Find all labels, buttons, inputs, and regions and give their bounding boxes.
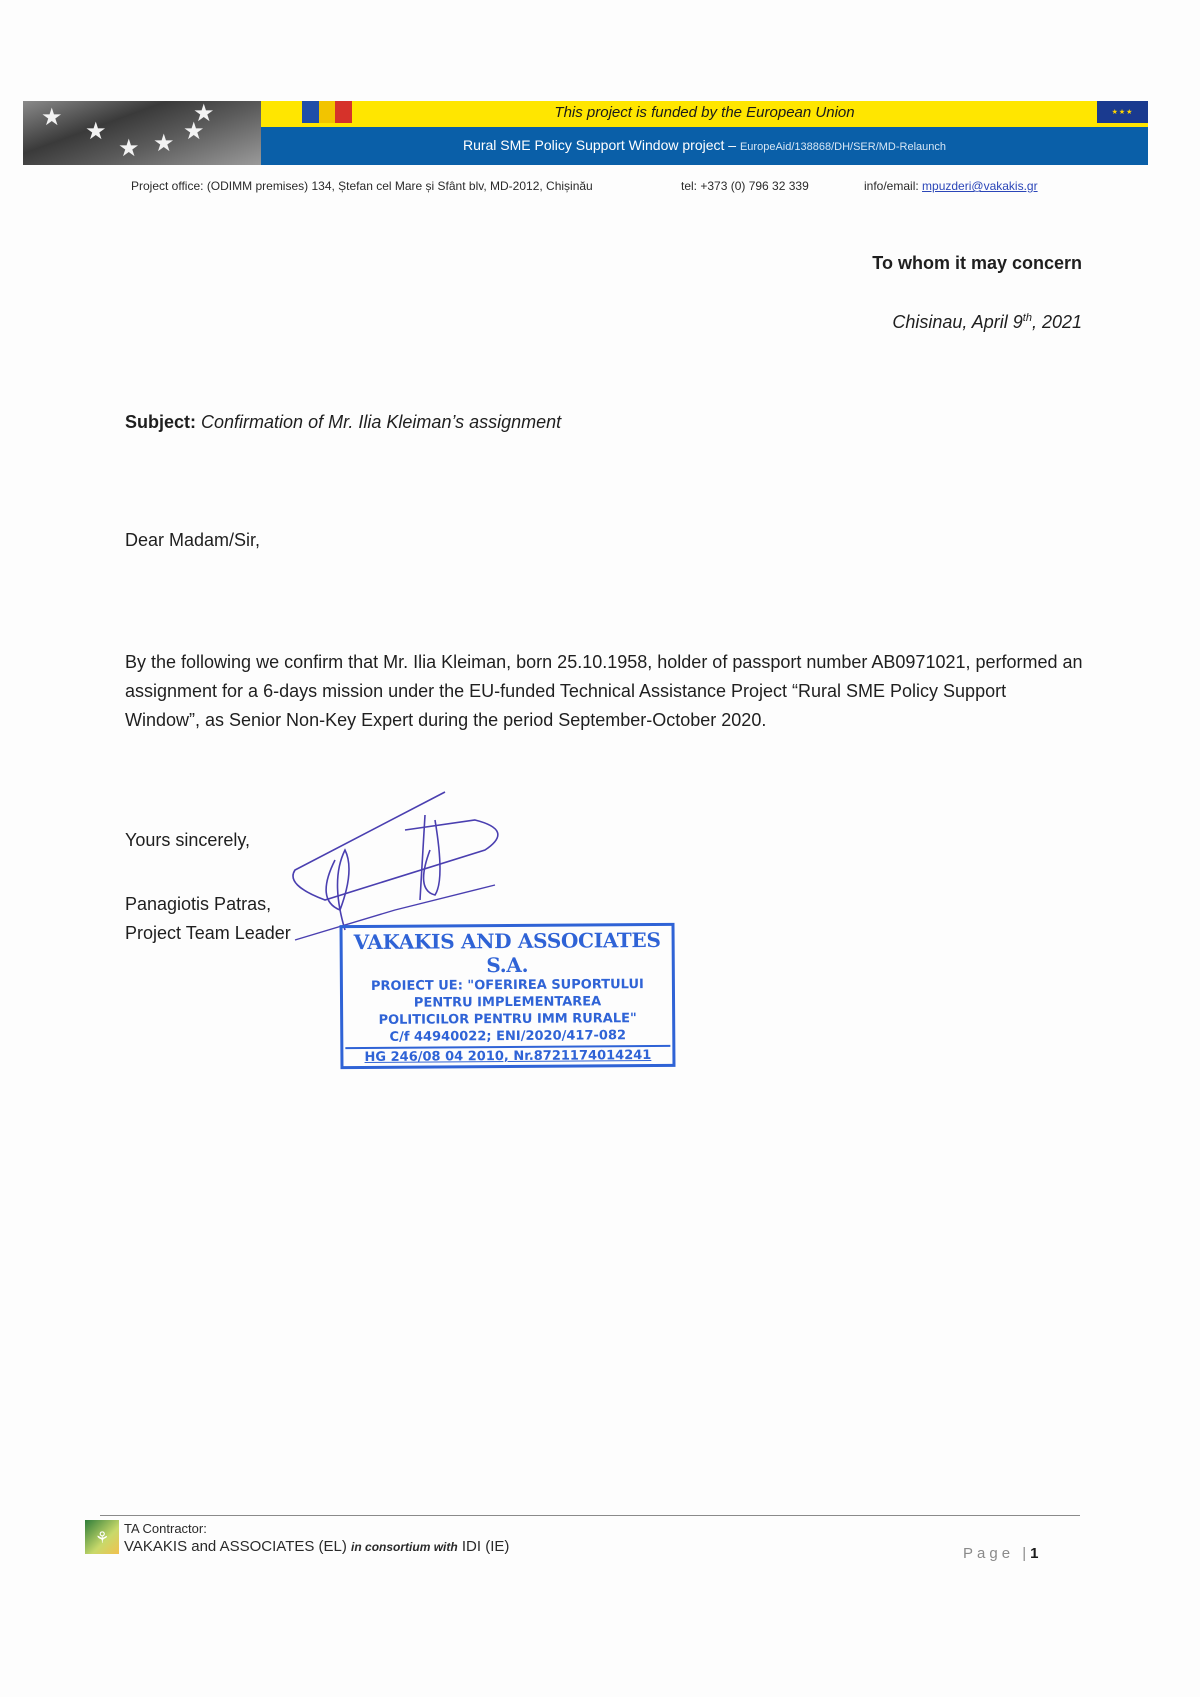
footer-contractor-label: TA Contractor: <box>124 1521 207 1536</box>
recipient: To whom it may concern <box>872 253 1082 274</box>
letter-date: Chisinau, April 9th, 2021 <box>892 312 1082 333</box>
eu-flag-photo: ★ ★ ★ ★ ★ ★ <box>23 101 261 165</box>
project-title: Rural SME Policy Support Window project <box>463 137 724 153</box>
subject-text: Confirmation of Mr. Ilia Kleiman’s assig… <box>201 412 561 432</box>
footer-divider <box>100 1515 1080 1516</box>
project-title-line: Rural SME Policy Support Window project … <box>261 137 1148 153</box>
subject-label: Subject: <box>125 412 196 432</box>
page-number: Page |1 <box>963 1545 1038 1562</box>
star-icon: ★ <box>153 131 175 155</box>
signer-name: Panagiotis Patras, <box>125 890 291 919</box>
project-reference: EuropeAid/138868/DH/SER/MD-Relaunch <box>740 141 946 153</box>
signer-title: Project Team Leader <box>125 919 291 948</box>
star-icon: ★ <box>193 101 215 125</box>
project-office-address: Project office: (ODIMM premises) 134, Șt… <box>131 179 593 193</box>
project-email-line: info/email: mpuzderi@vakakis.gr <box>864 179 1038 193</box>
letter-body: By the following we confirm that Mr. Ili… <box>125 648 1085 735</box>
star-icon: ★ <box>41 105 63 129</box>
project-phone: tel: +373 (0) 796 32 339 <box>681 179 809 193</box>
funded-by-eu-text: This project is funded by the European U… <box>261 104 1148 121</box>
signer-block: Panagiotis Patras, Project Team Leader <box>125 890 291 948</box>
wheat-logo-icon: ⚘ <box>85 1520 119 1554</box>
email-link[interactable]: mpuzderi@vakakis.gr <box>922 179 1038 193</box>
stamp-title: VAKAKIS AND ASSOCIATES S.A. <box>345 928 670 978</box>
closing: Yours sincerely, <box>125 830 250 851</box>
star-icon: ★ <box>85 119 107 143</box>
subject-line: Subject: Confirmation of Mr. Ilia Kleima… <box>125 412 561 433</box>
footer-contractor: VAKAKIS and ASSOCIATES (EL) in consortiu… <box>124 1538 509 1555</box>
star-icon: ★ <box>118 136 140 160</box>
salutation: Dear Madam/Sir, <box>125 530 260 551</box>
company-stamp: VAKAKIS AND ASSOCIATES S.A. PROIECT UE: … <box>340 923 676 1069</box>
